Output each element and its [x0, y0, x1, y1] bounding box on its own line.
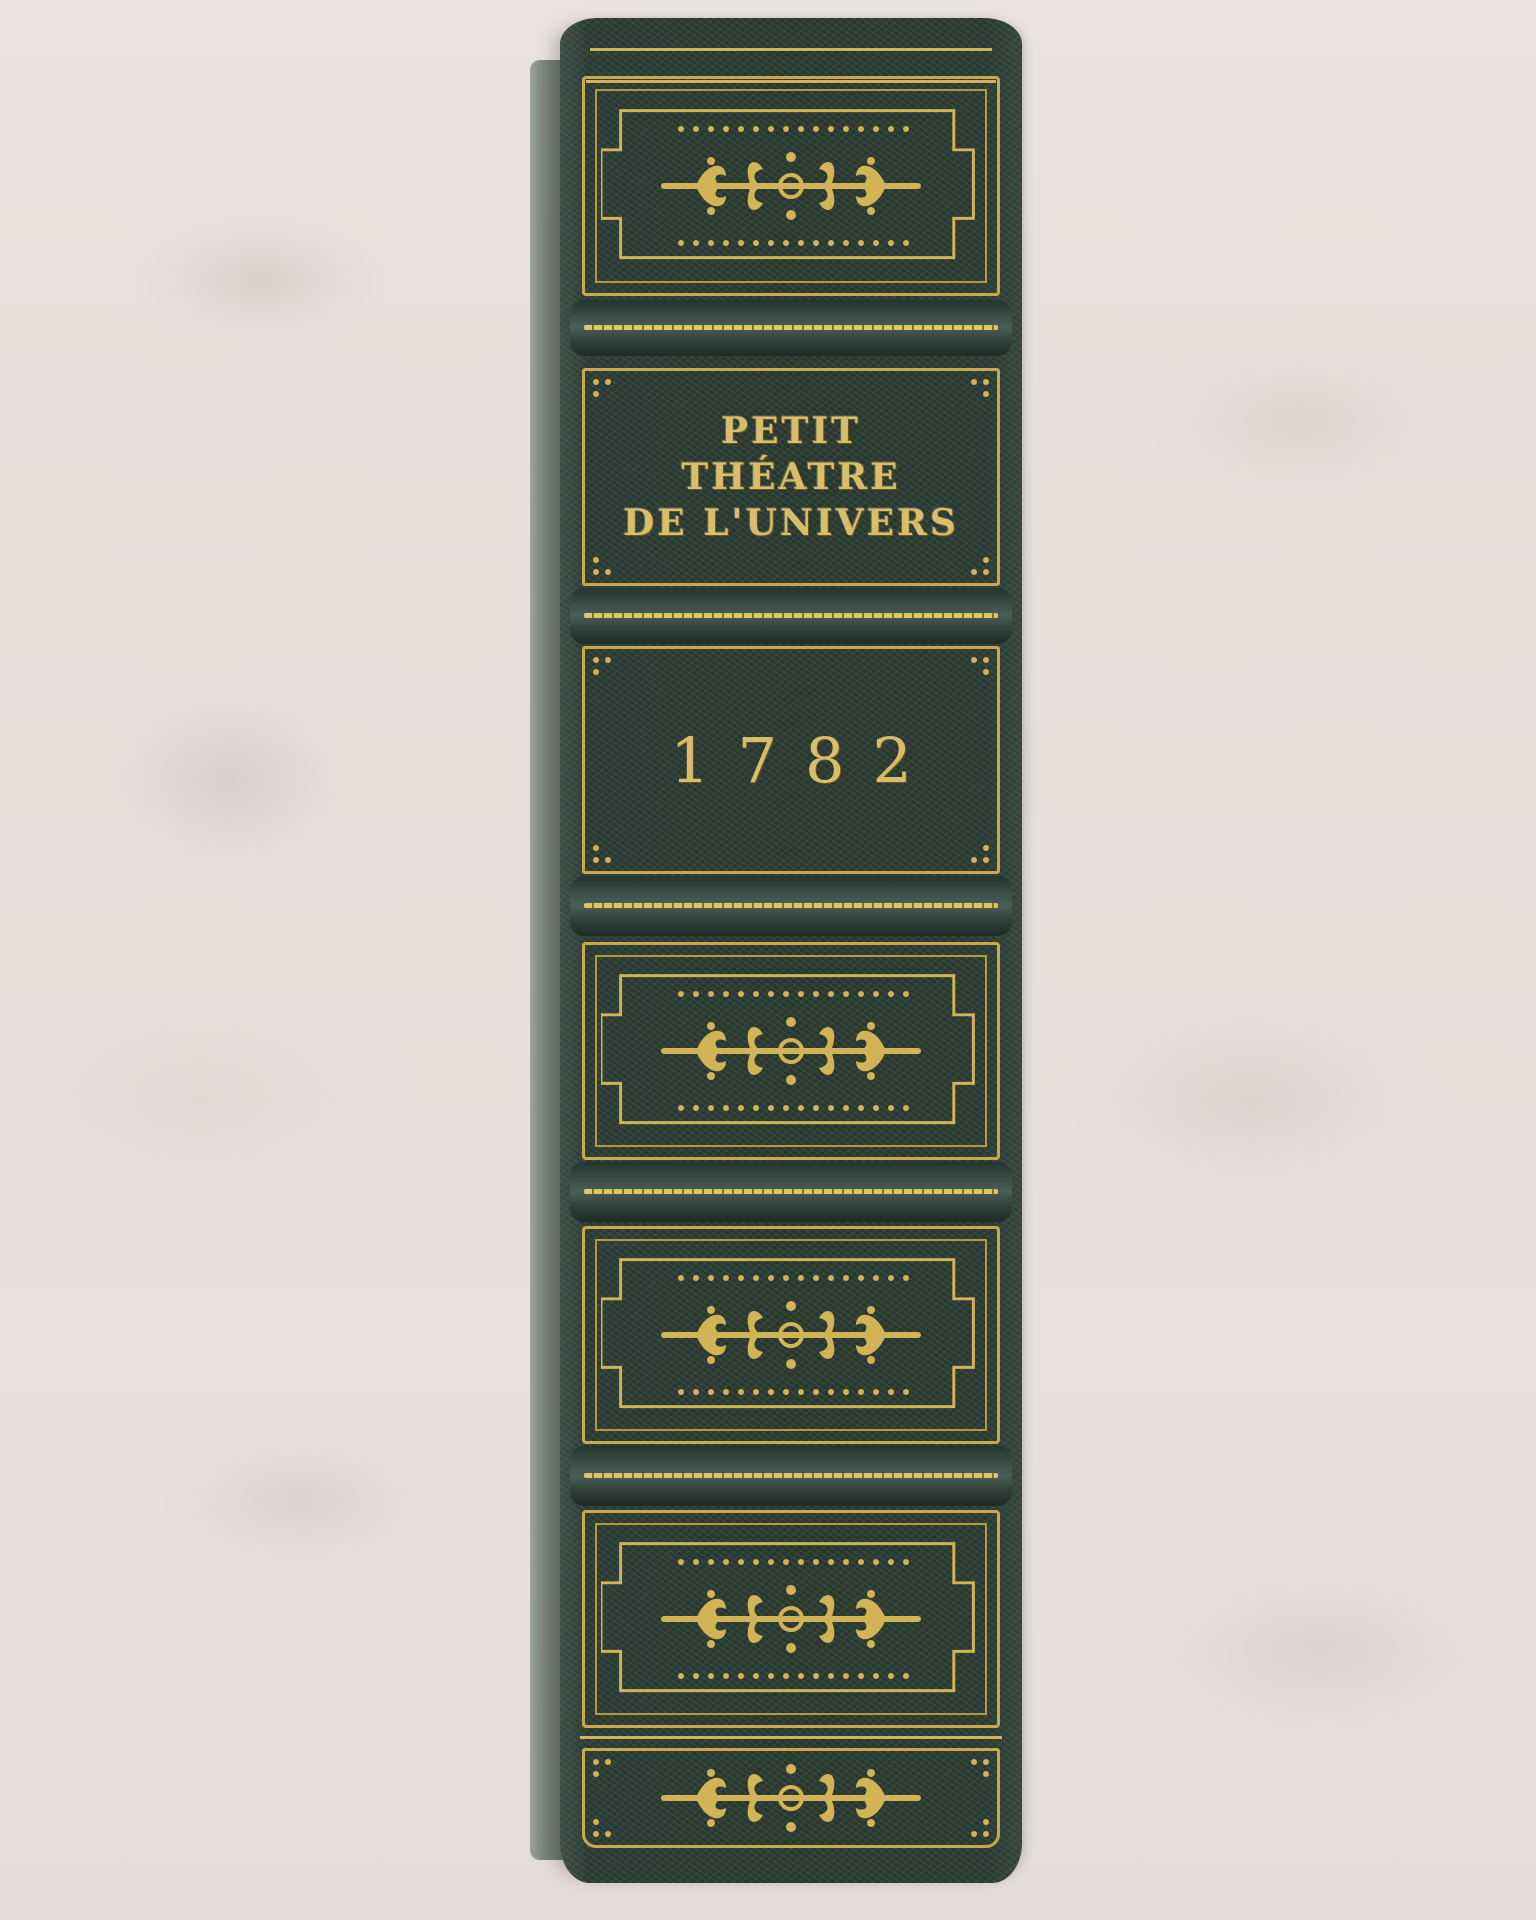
ornament-panel	[582, 942, 1000, 1160]
corner-dots-icon	[593, 553, 615, 575]
corner-dots-icon	[967, 657, 989, 679]
book-spine: PETIT THÉATRE DE L'UNIVERS 1782	[560, 18, 1022, 1883]
corner-dots-icon	[967, 841, 989, 863]
ornament-panel	[582, 1226, 1000, 1444]
corner-dots-icon	[967, 1815, 989, 1837]
raised-band	[570, 1446, 1012, 1506]
corner-dots-icon	[967, 1759, 989, 1781]
fleuron-ornament-icon	[601, 91, 981, 281]
corner-dots-icon	[593, 1759, 615, 1781]
gilt-fillet	[584, 1473, 998, 1478]
fleuron-ornament-icon	[631, 1758, 951, 1838]
ornament-panel	[582, 1510, 1000, 1728]
fleuron-ornament-icon	[601, 1524, 981, 1714]
corner-dots-icon	[967, 379, 989, 401]
tail-gilt-line	[580, 1736, 1002, 1739]
raised-band	[570, 1162, 1012, 1222]
gilt-fillet	[584, 903, 998, 908]
fleuron-ornament-icon	[601, 1240, 981, 1430]
ornament-panel-head	[582, 76, 1000, 296]
date-label: 1782	[582, 646, 1000, 874]
raised-band	[570, 300, 1012, 356]
title-label: PETIT THÉATRE DE L'UNIVERS	[582, 368, 1000, 586]
corner-dots-icon	[593, 841, 615, 863]
gilt-fillet	[584, 1189, 998, 1194]
corner-dots-icon	[593, 379, 615, 401]
raised-band	[570, 876, 1012, 936]
head-gilt-line	[590, 48, 992, 51]
title-line-3: DE L'UNIVERS	[623, 500, 959, 546]
gilt-fillet	[584, 613, 998, 618]
title-line-2: THÉATRE	[681, 454, 900, 500]
corner-dots-icon	[967, 553, 989, 575]
fleuron-ornament-icon	[601, 956, 981, 1146]
gilt-fillet	[584, 325, 998, 330]
corner-dots-icon	[593, 1815, 615, 1837]
ornament-panel-tail	[582, 1748, 1000, 1848]
corner-dots-icon	[593, 657, 615, 679]
raised-band	[570, 588, 1012, 644]
title-line-1: PETIT	[721, 408, 861, 454]
date-text: 1782	[642, 724, 940, 797]
